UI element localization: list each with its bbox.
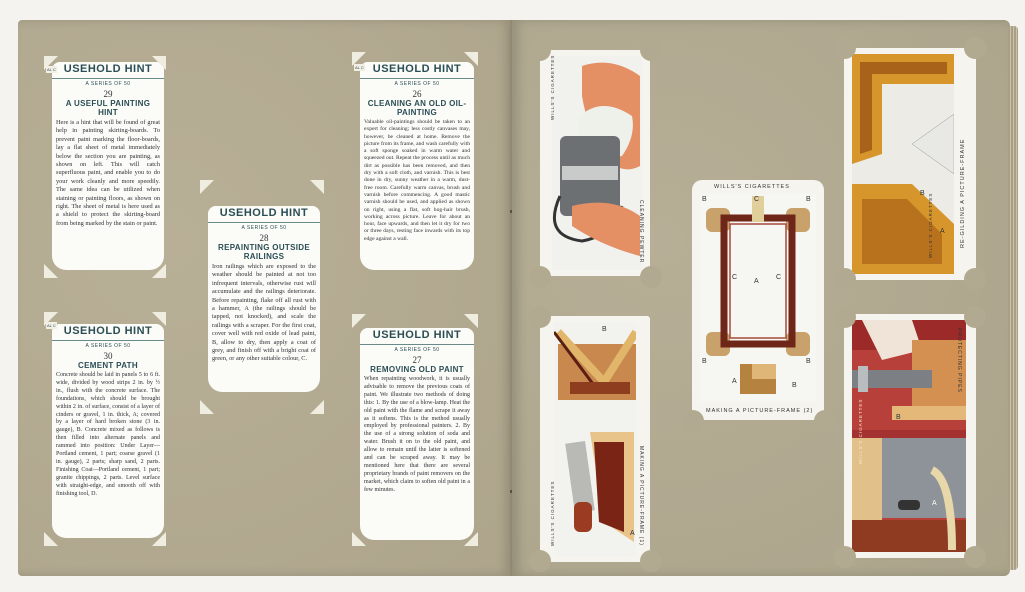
illustration-pewter-tankard [552, 56, 642, 270]
card-body: When repainting woodwork, it is usually … [360, 374, 474, 495]
diagram-label: B [702, 358, 707, 365]
corner-slot [814, 410, 836, 432]
slot-label: AL C [46, 66, 57, 73]
photo-corner [310, 400, 324, 414]
diagram-label: A [754, 278, 759, 285]
slot-label: AL C [354, 64, 365, 71]
series-heading: USEHOLD HINT [360, 328, 474, 342]
photo-corner [200, 180, 214, 194]
diagram-label: B [896, 414, 901, 421]
brand-caption: WILLS'S CIGARETTES [550, 481, 555, 546]
illustration-pipes [852, 320, 966, 552]
corner-slot [964, 268, 986, 290]
right-page: WILLS'S CIGARETTES CLEANING PEWTER WILLS… [512, 20, 1010, 576]
card-title: CLEANING AN OLD OIL-PAINTING [360, 99, 474, 117]
card-caption: MAKING A PICTURE-FRAME (2) [706, 408, 813, 414]
card-number: 29 [52, 89, 164, 99]
diagram-label: C [776, 274, 781, 281]
corner-slot [640, 266, 662, 288]
diagram-label: C [732, 274, 737, 281]
card-body: Here is a hint that will be found of gre… [52, 117, 164, 228]
diagram-label: B [920, 190, 925, 197]
corner-slot [640, 550, 662, 572]
diagram-label: B [602, 326, 607, 333]
series-heading: USEHOLD HINT [52, 324, 164, 338]
cigarette-card-album: USEHOLD HINT A SERIES OF 50 29 A USEFUL … [18, 20, 1010, 576]
series-subtitle: A SERIES OF 50 [52, 78, 164, 87]
card-number: 28 [208, 233, 320, 243]
text-card-30[interactable]: USEHOLD HINT A SERIES OF 50 30 CEMENT PA… [52, 324, 164, 538]
illustration-mitre-box [554, 322, 636, 556]
diagram-label: A [932, 500, 937, 507]
photo-corner [200, 400, 214, 414]
card-title: REPAINTING OUTSIDE RAILINGS [208, 243, 320, 261]
corner-slot [529, 266, 551, 288]
corner-slot [964, 306, 986, 328]
series-heading: USEHOLD HINT [360, 62, 474, 76]
series-subtitle: A SERIES OF 50 [360, 344, 474, 353]
card-caption: CLEANING PEWTER [638, 200, 644, 263]
pipes-icon [852, 320, 966, 552]
diagram-label: C [754, 196, 759, 203]
text-card-29[interactable]: USEHOLD HINT A SERIES OF 50 29 A USEFUL … [52, 62, 164, 270]
diagram-label: A [630, 530, 635, 537]
picture-card-protecting-pipes[interactable]: B A WILLS'S CIGARETTES PROTECTING PIPES [844, 314, 976, 558]
corner-slot [640, 39, 662, 61]
brand-caption: WILLS'S CIGARETTES [858, 399, 863, 464]
text-card-28[interactable]: USEHOLD HINT A SERIES OF 50 28 REPAINTIN… [208, 206, 320, 392]
picture-card-regilding[interactable]: B A WILLS'S CIGARETTES RE-GILDING A PICT… [844, 48, 976, 280]
corner-slot [964, 37, 986, 59]
photo-corner [464, 314, 478, 328]
diagram-label: B [702, 196, 707, 203]
brand-caption: WILLS'S CIGARETTES [928, 193, 933, 258]
corner-slot [834, 268, 856, 290]
card-body: Iron railings which are exposed to the w… [208, 261, 320, 364]
text-card-27[interactable]: USEHOLD HINT A SERIES OF 50 27 REMOVING … [360, 328, 474, 540]
corner-slot [964, 546, 986, 568]
slot-label: AL C [46, 322, 57, 329]
card-body: Concrete should be laid in panels 5 to 6… [52, 370, 164, 499]
picture-card-picture-frame-2[interactable]: WILLS'S CIGARETTES B C B C A [692, 180, 824, 420]
series-heading: USEHOLD HINT [52, 62, 164, 76]
left-page: USEHOLD HINT A SERIES OF 50 29 A USEFUL … [18, 20, 512, 576]
photo-corner [310, 180, 324, 194]
card-caption: PROTECTING PIPES [956, 328, 962, 393]
card-title: A USEFUL PAINTING HINT [52, 99, 164, 117]
series-subtitle: A SERIES OF 50 [360, 78, 474, 87]
text-card-26[interactable]: USEHOLD HINT A SERIES OF 50 26 CLEANING … [360, 62, 474, 270]
mitre-box-icon [554, 322, 636, 556]
frame-diagram-icon [700, 194, 816, 402]
corner-slot [529, 39, 551, 61]
series-heading: USEHOLD HINT [208, 206, 320, 220]
illustration-gilded-frame [852, 54, 954, 274]
corner-slot [682, 410, 704, 432]
illustration-frame-corners [700, 194, 816, 402]
card-body: Valuable oil-paintings should be taken t… [360, 117, 474, 243]
card-title: REMOVING OLD PAINT [360, 365, 474, 374]
corner-slot [529, 306, 551, 328]
corner-slot [529, 550, 551, 572]
diagram-label: B [806, 358, 811, 365]
corner-slot [834, 37, 856, 59]
series-subtitle: A SERIES OF 50 [208, 222, 320, 231]
diagram-label: A [940, 228, 945, 235]
diagram-label: A [732, 378, 737, 385]
card-number: 30 [52, 351, 164, 361]
brand-caption: WILLS'S CIGARETTES [714, 184, 790, 190]
photo-corner [352, 314, 366, 328]
corner-slot [834, 546, 856, 568]
series-subtitle: A SERIES OF 50 [52, 340, 164, 349]
diagram-label: B [806, 196, 811, 203]
card-number: 26 [360, 89, 474, 99]
corner-slot [834, 306, 856, 328]
card-number: 27 [360, 355, 474, 365]
brand-caption: WILLS'S CIGARETTES [550, 55, 555, 120]
card-caption: RE-GILDING A PICTURE-FRAME [960, 139, 966, 248]
picture-card-picture-frame-1[interactable]: B A WILLS'S CIGARETTES MAKING A PICTURE-… [540, 316, 650, 562]
picture-card-cleaning-pewter[interactable]: WILLS'S CIGARETTES CLEANING PEWTER [540, 50, 650, 276]
diagram-label: B [792, 382, 797, 389]
card-title: CEMENT PATH [52, 361, 164, 370]
pewter-tankard-icon [552, 56, 642, 270]
card-caption: MAKING A PICTURE-FRAME (1) [638, 446, 644, 546]
gilded-frame-icon [852, 54, 954, 274]
